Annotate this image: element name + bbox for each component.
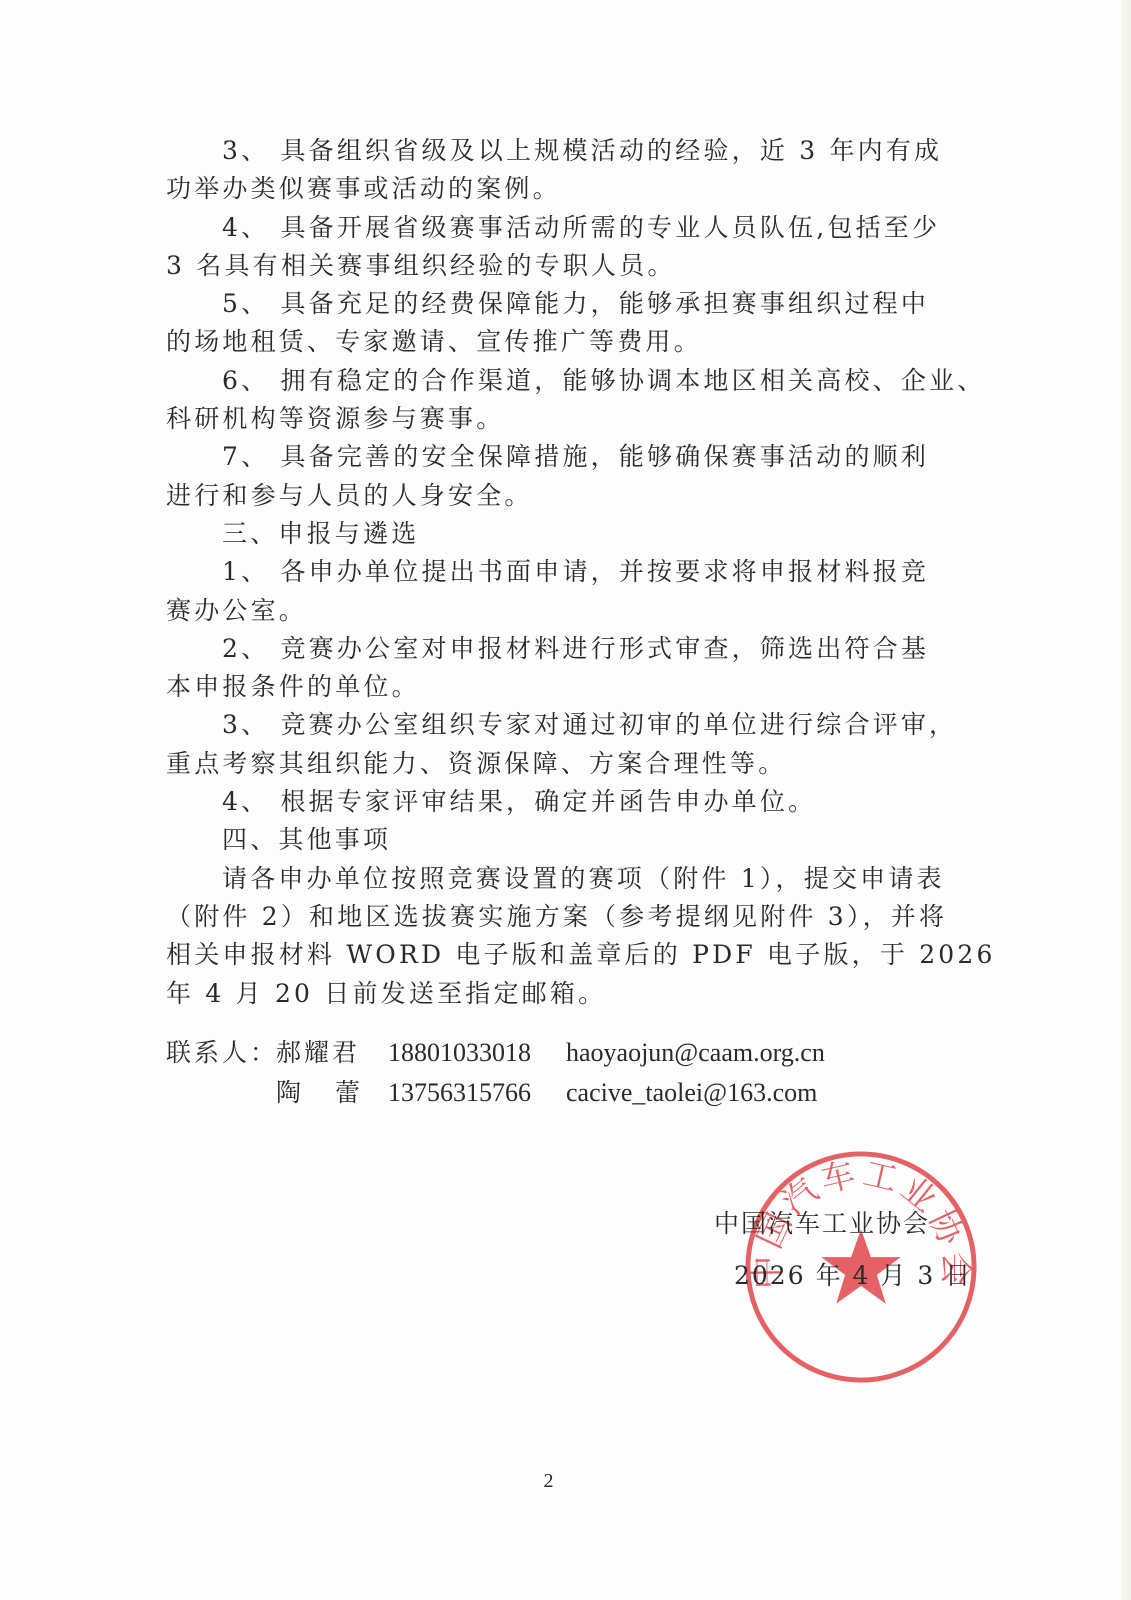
contact-row: 联系人： 郝耀君 18801033018 haoyaojun@caam.org.…	[166, 1033, 825, 1073]
text-line: 3、 具备组织省级及以上规模活动的经验，近 3 年内有成	[166, 132, 936, 170]
text-line: 进行和参与人员的人身安全。	[166, 477, 936, 515]
text-line: 7、 具备完善的安全保障措施，能够确保赛事活动的顺利	[166, 438, 936, 476]
text-line: 6、 拥有稳定的合作渠道，能够协调本地区相关高校、企业、	[166, 362, 936, 400]
contact-phone: 13756315766	[388, 1073, 566, 1113]
text-line: 3 名具有相关赛事组织经验的专职人员。	[166, 247, 936, 285]
contact-name: 陶蕾	[276, 1073, 388, 1113]
contact-row: 陶蕾 13756315766 cacive_taolei@163.com	[166, 1073, 825, 1113]
page-number: 2	[0, 1470, 1097, 1493]
contact-email[interactable]: cacive_taolei@163.com	[566, 1073, 817, 1113]
text-line: 4、 具备开展省级赛事活动所需的专业人员队伍,包括至少	[166, 209, 936, 247]
text-line: 1、 各申办单位提出书面申请，并按要求将申报材料报竞	[166, 553, 936, 591]
signature-organization: 中国汽车工业协会	[714, 1198, 972, 1250]
text-line: 年 4 月 20 日前发送至指定邮箱。	[166, 975, 936, 1013]
contact-label-spacer	[166, 1073, 276, 1113]
contact-phone: 18801033018	[388, 1033, 566, 1073]
contact-name: 郝耀君	[276, 1033, 388, 1073]
text-line: 4、 根据专家评审结果，确定并函告申办单位。	[166, 783, 936, 821]
text-line: 5、 具备充足的经费保障能力，能够承担赛事组织过程中	[166, 285, 936, 323]
text-line: 科研机构等资源参与赛事。	[166, 400, 936, 438]
signature-block: 中国汽车工业协会 2026 年 4 月 3 日	[714, 1198, 972, 1302]
text-line: 3、 竞赛办公室组织专家对通过初审的单位进行综合评审，	[166, 706, 936, 744]
text-line: 本申报条件的单位。	[166, 668, 936, 706]
text-line: 2、 竞赛办公室对申报材料进行形式审查，筛选出符合基	[166, 630, 936, 668]
contacts-block: 联系人： 郝耀君 18801033018 haoyaojun@caam.org.…	[166, 1033, 825, 1113]
signature-date: 2026 年 4 月 3 日	[714, 1250, 972, 1302]
text-line: 请各申办单位按照竞赛设置的赛项（附件 1），提交申请表	[166, 860, 936, 898]
contact-label: 联系人：	[166, 1033, 276, 1073]
section-heading: 四、其他事项	[166, 821, 936, 859]
text-line: 重点考察其组织能力、资源保障、方案合理性等。	[166, 745, 936, 783]
text-line: 相关申报材料 WORD 电子版和盖章后的 PDF 电子版，于 2026	[166, 936, 936, 974]
page-edge	[1121, 0, 1131, 1600]
text-line: 功举办类似赛事或活动的案例。	[166, 170, 936, 208]
text-line: 赛办公室。	[166, 592, 936, 630]
contact-email[interactable]: haoyaojun@caam.org.cn	[566, 1033, 825, 1073]
section-heading: 三、申报与遴选	[166, 515, 936, 553]
text-line: 的场地租赁、专家邀请、宣传推广等费用。	[166, 323, 936, 361]
document-body: 3、 具备组织省级及以上规模活动的经验，近 3 年内有成 功举办类似赛事或活动的…	[166, 132, 936, 1013]
text-line: （附件 2）和地区选拔赛实施方案（参考提纲见附件 3），并将	[166, 898, 936, 936]
